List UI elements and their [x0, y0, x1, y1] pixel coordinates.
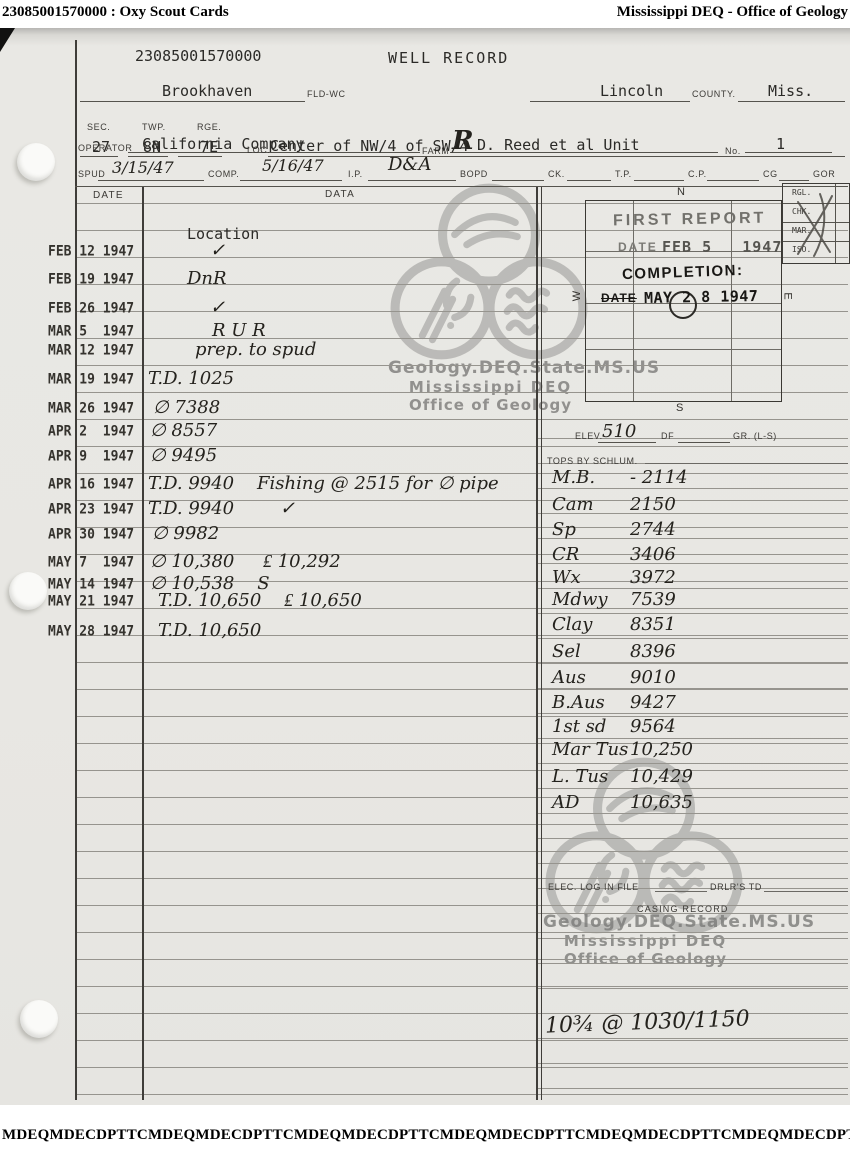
- comp-label: COMP.: [208, 169, 239, 179]
- formation-top-item: Clay8351: [552, 614, 676, 635]
- row-data-entry: T.D. 10,650 ₤ 10,650: [158, 590, 362, 611]
- first-report-stamp: FIRST REPORT: [613, 210, 767, 231]
- table-row: MAY 21 1947T.D. 10,650 ₤ 10,650: [0, 594, 537, 620]
- formation-name: Sel: [552, 641, 630, 662]
- cg-label: CG: [763, 169, 778, 179]
- row-data-entry: ∅ 10,380 ₤ 10,292: [150, 551, 341, 572]
- spud-value: 3/15/47: [112, 158, 174, 177]
- row-date-stamp: MAY 28 1947: [48, 623, 134, 640]
- formation-top-item: Mdwy7539: [552, 589, 676, 610]
- gor-label: GOR: [813, 169, 835, 179]
- table-row: APR 30 1947∅ 9982: [0, 527, 537, 553]
- row-date-stamp: FEB 12 1947: [48, 243, 134, 260]
- formation-top-item: Wx3972: [552, 567, 676, 588]
- loc-underline: [268, 156, 845, 157]
- table-row: MAR 19 1947T.D. 1025: [0, 372, 537, 398]
- formation-name: Wx: [552, 567, 630, 588]
- ip-value: D&A: [388, 154, 431, 175]
- formation-depth: 9427: [630, 692, 676, 713]
- formation-top-item: CR3406: [552, 544, 676, 565]
- rge-label: RGE.: [197, 122, 221, 132]
- formation-name: B.Aus: [552, 692, 630, 713]
- row-date-stamp: APR 2 1947: [48, 423, 134, 440]
- footer-token: MDEQ: [2, 1127, 49, 1144]
- elev-underline: [598, 442, 656, 443]
- row-data-entry: DnR: [187, 268, 227, 289]
- formation-depth: 10,429: [630, 766, 693, 787]
- df-underline: [678, 442, 730, 443]
- document-header-bar: 23085001570000 : Oxy Scout Cards Mississ…: [0, 0, 850, 28]
- cp-underline: [707, 180, 759, 181]
- compass-north: N: [677, 186, 685, 198]
- row-data-entry: ∅ 9982: [152, 523, 219, 544]
- ck-underline: [567, 180, 611, 181]
- compass-west: W: [571, 291, 583, 301]
- formation-top-item: Sel8396: [552, 641, 676, 662]
- footer-token: MDECD: [633, 1127, 691, 1144]
- elev-value: 510: [602, 421, 636, 442]
- formation-name: Cam: [552, 494, 630, 515]
- table-row: APR 9 1947∅ 9495: [0, 449, 537, 475]
- footer-token: MDECD: [487, 1127, 545, 1144]
- document-footer-bar: MDEQMDECDPTTCMDEQMDECDPTTCMDEQMDECDPTTCM…: [0, 1105, 850, 1151]
- row-data-entry: ∅ 9495: [150, 445, 217, 466]
- header-right-title: Mississippi DEQ - Office of Geology: [617, 4, 848, 21]
- formation-depth: 8351: [630, 614, 676, 635]
- footer-token-row: MDEQMDECDPTTCMDEQMDECDPTTCMDEQMDECDPTTCM…: [0, 1127, 850, 1144]
- formation-depth: 9564: [630, 716, 676, 737]
- footer-token: PTTC: [253, 1127, 294, 1144]
- table-row: MAR 12 1947prep. to spud: [0, 343, 537, 369]
- row-data-entry: ∅ 8557: [150, 420, 217, 441]
- county-label: COUNTY.: [692, 89, 736, 99]
- row-date-stamp: MAY 14 1947: [48, 576, 134, 593]
- first-report-date-label: DATE: [618, 240, 658, 254]
- cg-underline: [779, 180, 809, 181]
- row-date-stamp: APR 30 1947: [48, 526, 134, 543]
- footer-token: MDECD: [779, 1127, 837, 1144]
- row-date-stamp: MAR 26 1947: [48, 400, 134, 417]
- spud-underline: [98, 180, 204, 181]
- footer-token: MDEQ: [586, 1127, 633, 1144]
- footer-token: MDEQ: [732, 1127, 779, 1144]
- formation-name: 1st sd: [552, 716, 630, 737]
- row-data-entry: prep. to spud: [195, 339, 316, 360]
- sec-label: SEC.: [87, 122, 110, 132]
- footer-token: MDEQ: [148, 1127, 195, 1144]
- row-date-stamp: MAY 21 1947: [48, 593, 134, 610]
- hole-punch: [17, 143, 55, 181]
- state-name: Miss.: [768, 82, 813, 100]
- api-number: 23085001570000: [135, 47, 261, 65]
- table-row: MAY 28 1947T.D. 10,650: [0, 624, 537, 650]
- formation-name: Mdwy: [552, 589, 630, 610]
- elev-df-label: DF: [661, 431, 674, 441]
- row-date-stamp: MAR 12 1947: [48, 342, 134, 359]
- sec-underline: [80, 156, 118, 157]
- header-left-title: 23085001570000 : Oxy Scout Cards: [2, 4, 229, 21]
- formation-depth: 9010: [630, 667, 676, 688]
- rge-value: 7E: [200, 138, 218, 156]
- compass-east: E: [782, 292, 794, 299]
- completion-date: MAY 2 8 1947: [644, 287, 759, 307]
- field-underline: [80, 101, 305, 102]
- elec-underline: [655, 891, 707, 892]
- data-column-header: DATA: [325, 189, 355, 200]
- check-scribble-mark: [790, 186, 846, 264]
- row-data-entry: ✓: [210, 297, 225, 318]
- table-row: APR 2 1947∅ 8557: [0, 424, 537, 450]
- field-name: Brookhaven: [162, 82, 252, 100]
- footer-token: MDECD: [341, 1127, 399, 1144]
- bopd-underline: [492, 180, 544, 181]
- formation-top-item: Cam2150: [552, 494, 676, 515]
- row-data-entry: T.D. 9940 Fishing @ 2515 for ∅ pipe: [148, 473, 499, 494]
- footer-token: MDECD: [195, 1127, 253, 1144]
- row-date-stamp: APR 16 1947: [48, 476, 134, 493]
- bopd-label: BOPD: [460, 169, 488, 179]
- first-report-date: FEB 5 1947: [662, 238, 782, 256]
- tp-label: T.P.: [615, 169, 632, 179]
- formation-name: CR: [552, 544, 630, 565]
- formation-depth: 2744: [630, 519, 676, 540]
- completion-date-label: DATE: [601, 291, 637, 305]
- footer-token: PTTC: [399, 1127, 440, 1144]
- scout-card-page: 23085001570000 : Oxy Scout Cards Mississ…: [0, 0, 850, 1151]
- state-underline: [738, 101, 845, 102]
- ip-label: I.P.: [348, 169, 363, 179]
- formation-top-item: B.Aus9427: [552, 692, 676, 713]
- hole-punch: [20, 1000, 58, 1038]
- row-date-stamp: MAR 19 1947: [48, 371, 134, 388]
- elev-gr-label: GR. (L-S): [733, 431, 777, 441]
- date-column-header: DATE: [93, 190, 124, 201]
- twp-underline: [128, 156, 168, 157]
- footer-token: MDEQ: [440, 1127, 487, 1144]
- row-data-entry: R U R: [212, 320, 266, 341]
- comp-value: 5/16/47: [262, 156, 324, 175]
- ip-underline: [368, 180, 456, 181]
- sec-value: 27: [92, 138, 110, 156]
- row-data-entry: T.D. 1025: [148, 368, 234, 389]
- footer-token: PTTC: [691, 1127, 732, 1144]
- compass-south: S: [676, 402, 683, 414]
- tp-underline: [634, 180, 684, 181]
- formation-depth: 2150: [630, 494, 676, 515]
- row-date-stamp: MAY 7 1947: [48, 554, 134, 571]
- casing-record-heading: CASING RECORD: [637, 904, 729, 914]
- row-data-entry: T.D. 9940 ✓: [148, 498, 295, 519]
- elev-label: ELEV.: [575, 431, 603, 441]
- formation-top-item: Mar Tus10,250: [552, 739, 693, 760]
- comp-underline: [240, 180, 342, 181]
- row-data-entry: T.D. 10,650: [158, 620, 261, 641]
- row-date-stamp: APR 9 1947: [48, 448, 134, 465]
- table-row: FEB 19 1947DnR: [0, 272, 537, 298]
- cp-label: C.P.: [688, 169, 707, 179]
- footer-token: PTTC: [837, 1127, 850, 1144]
- row-date-stamp: APR 23 1947: [48, 501, 134, 518]
- formation-depth: 10,250: [630, 739, 693, 760]
- well-no-value: 1: [776, 135, 785, 153]
- twp-value: 8N: [143, 138, 161, 156]
- twp-label: TWP.: [142, 122, 166, 132]
- row-date-stamp: FEB 19 1947: [48, 271, 134, 288]
- data-panel-divider: [541, 186, 542, 1100]
- footer-token: MDEQ: [294, 1127, 341, 1144]
- spud-label: SPUD: [78, 169, 105, 179]
- formation-top-item: AD10,635: [552, 792, 693, 813]
- formation-top-item: L. Tus10,429: [552, 766, 693, 787]
- row-data-entry: ∅ 7388: [153, 397, 220, 418]
- formation-name: Clay: [552, 614, 630, 635]
- elec-log-label: ELEC. LOG IN FILE: [548, 882, 639, 892]
- loc-value: Center of NW/4 of SW/4: [270, 137, 469, 155]
- formation-depth: 10,635: [630, 792, 693, 813]
- well-no-label: No.: [725, 146, 741, 156]
- formation-top-item: 1st sd9564: [552, 716, 676, 737]
- formation-depth: 7539: [630, 589, 676, 610]
- footer-token: PTTC: [545, 1127, 586, 1144]
- card-title: WELL RECORD: [388, 49, 509, 67]
- tops-heading-line: [645, 463, 848, 464]
- formation-name: Aus: [552, 667, 630, 688]
- formation-top-item: M.B.- 2114: [552, 467, 688, 488]
- field-label: FLD-WC: [307, 89, 346, 99]
- footer-token: PTTC: [107, 1127, 148, 1144]
- farm-underline: [450, 152, 718, 153]
- table-row: APR 23 1947T.D. 9940 ✓: [0, 502, 537, 528]
- well-no-underline: [745, 152, 832, 153]
- formation-depth: 3972: [630, 567, 676, 588]
- formation-name: M.B.: [552, 467, 630, 488]
- formation-name: Mar Tus: [552, 739, 630, 760]
- row-data-entry: ✓: [210, 240, 225, 261]
- county-name: Lincoln: [600, 82, 663, 100]
- footer-token: MDECD: [49, 1127, 107, 1144]
- formation-depth: 8396: [630, 641, 676, 662]
- drlrs-underline: [764, 891, 848, 892]
- table-top-line: [75, 186, 848, 187]
- row-date-stamp: MAR 5 1947: [48, 323, 134, 340]
- ck-label: CK.: [548, 169, 565, 179]
- rge-underline: [178, 156, 222, 157]
- plat-grid-line: [586, 349, 781, 350]
- county-underline: [530, 101, 690, 102]
- drlrs-td-label: DRLR'S TD: [710, 882, 762, 892]
- table-row: FEB 12 1947✓: [0, 244, 537, 270]
- tops-heading: TOPS BY SCHLUM.: [547, 456, 638, 466]
- formation-top-item: Aus9010: [552, 667, 676, 688]
- formation-top-item: Sp2744: [552, 519, 676, 540]
- formation-depth: 3406: [630, 544, 676, 565]
- formation-name: AD: [552, 792, 630, 813]
- loc-label: LOC.: [247, 145, 270, 155]
- formation-name: L. Tus: [552, 766, 630, 787]
- row-date-stamp: FEB 26 1947: [48, 300, 134, 317]
- formation-name: Sp: [552, 519, 630, 540]
- formation-depth: - 2114: [630, 467, 688, 488]
